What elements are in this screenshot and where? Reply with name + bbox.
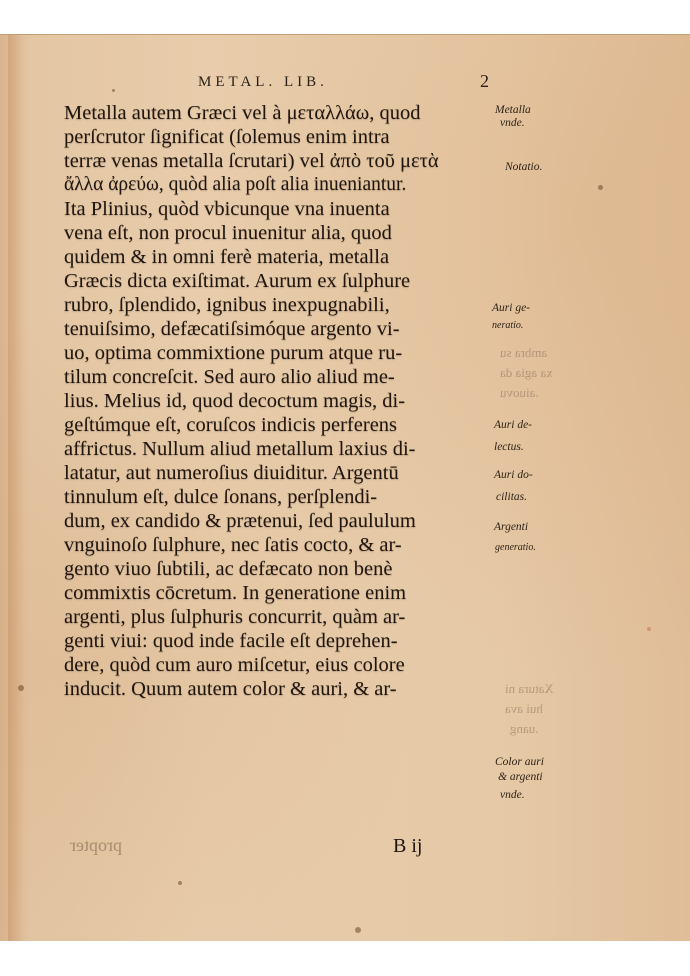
bleed-through-text: Xatura ni (505, 681, 554, 697)
foxing-spot (598, 185, 603, 190)
text-line: vena eſt, non procul inuenitur alia, quo… (64, 221, 494, 245)
text-line: uo, optima commixtione purum atque ru- (64, 341, 494, 365)
text-line: vnguinoſo ſulphure, nec ſatis cocto, & a… (64, 533, 494, 557)
margin-note: & argenti (498, 771, 543, 784)
margin-note: Argenti (494, 521, 528, 534)
foxing-spot (18, 685, 24, 691)
text-line: quidem & in omni ferè materia, metalla (64, 245, 494, 269)
text-line: perſcrutor ſignificat (ſolemus enim intr… (64, 125, 494, 149)
text-line: rubro, ſplendido, ignibus inexpugnabili, (64, 293, 494, 317)
margin-note: neratio. (492, 319, 523, 332)
text-line: latatur, aut numeroſius diuiditur. Argen… (64, 461, 494, 485)
text-line: Græcis dicta exiſtimat. Aurum ex ſulphur… (64, 269, 494, 293)
margin-note: cilitas. (496, 491, 527, 504)
text-line: lius. Melius id, quod decoctum magis, di… (64, 389, 494, 413)
text-line: Ita Plinius, quòd vbicunque vna inuenta (64, 197, 494, 221)
foxing-spot (178, 881, 182, 885)
foxing-spot (355, 927, 361, 933)
margin-note: Metalla (495, 104, 531, 117)
text-line: ἄλλα ἀρεύω, quòd alia poſt alia inuenian… (64, 173, 494, 197)
text-line: terræ venas metalla ſcrutari) vel ἀπὸ το… (64, 149, 494, 173)
text-line: Metalla autem Græci vel à μεταλλάω, quod (64, 101, 494, 125)
margin-note: Auri ge- (492, 302, 530, 315)
bleed-through-text: .uang (510, 721, 539, 737)
book-page: METAL. LIB. 2 Metalla autem Græci vel à … (0, 34, 690, 941)
margin-note: generatio. (495, 541, 536, 554)
text-line: argenti, plus ſulphuris concurrit, quàm … (64, 605, 494, 629)
signature-mark: B ij (393, 835, 422, 858)
bleed-through-text: ambra su (500, 345, 547, 361)
foxing-spot (647, 627, 651, 631)
margin-note: Color auri (495, 756, 544, 769)
bleed-through-catchword: propter (70, 835, 122, 856)
text-line: tilum concreſcit. Sed auro alio aliud me… (64, 365, 494, 389)
margin-note: Notatio. (505, 161, 542, 174)
text-line: genti viui: quod inde facile eſt deprehe… (64, 629, 494, 653)
bleed-through-text: xa agia da (500, 365, 553, 381)
text-line: geſtúmque eſt, coruſcos indicis perferen… (64, 413, 494, 437)
running-head-title: METAL. LIB. (198, 74, 328, 91)
text-line: inducit. Quum autem color & auri, & ar- (64, 677, 494, 701)
text-line: tinnulum eſt, dulce ſonans, perſplendi- (64, 485, 494, 509)
text-line: tenuiſsimo, defæcatiſsimóque argento vi- (64, 317, 494, 341)
running-head: METAL. LIB. 2 (198, 74, 498, 91)
text-line: gento viuo ſubtili, ac defæcato non benè (64, 557, 494, 581)
bleed-through-text: hui ava (505, 701, 543, 717)
margin-note: Auri do- (494, 469, 533, 482)
margin-note: Auri de- (494, 419, 532, 432)
bleed-through-text: .aiuovu (500, 385, 539, 401)
text-line: dere, quòd cum auro miſcetur, eius color… (64, 653, 494, 677)
body-text: Metalla autem Græci vel à μεταλλάω, quod… (64, 101, 494, 701)
text-line: commixtis cōcretum. In generatione enim (64, 581, 494, 605)
margin-note: vnde. (500, 117, 525, 130)
page-number: 2 (480, 71, 489, 92)
margin-note: vnde. (500, 789, 525, 802)
margin-note: lectus. (494, 441, 524, 454)
foxing-spot (112, 89, 115, 92)
text-line: dum, ex candido & prætenui, ſed paululum (64, 509, 494, 533)
text-line: affrictus. Nullum aliud metallum laxius … (64, 437, 494, 461)
